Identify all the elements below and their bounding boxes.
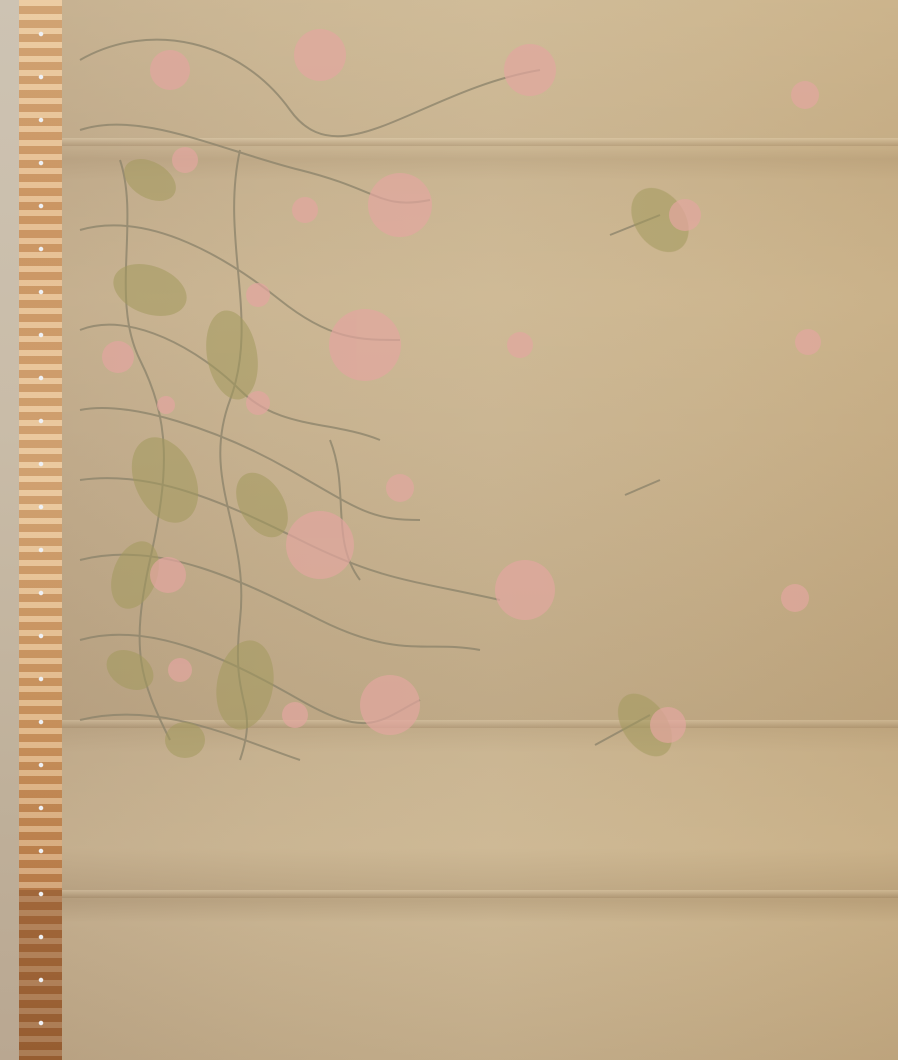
- pink-lotus-flowers: [102, 29, 821, 743]
- saree-fabric-photo: [0, 0, 898, 1060]
- painted-lotus-motifs: [0, 0, 898, 1060]
